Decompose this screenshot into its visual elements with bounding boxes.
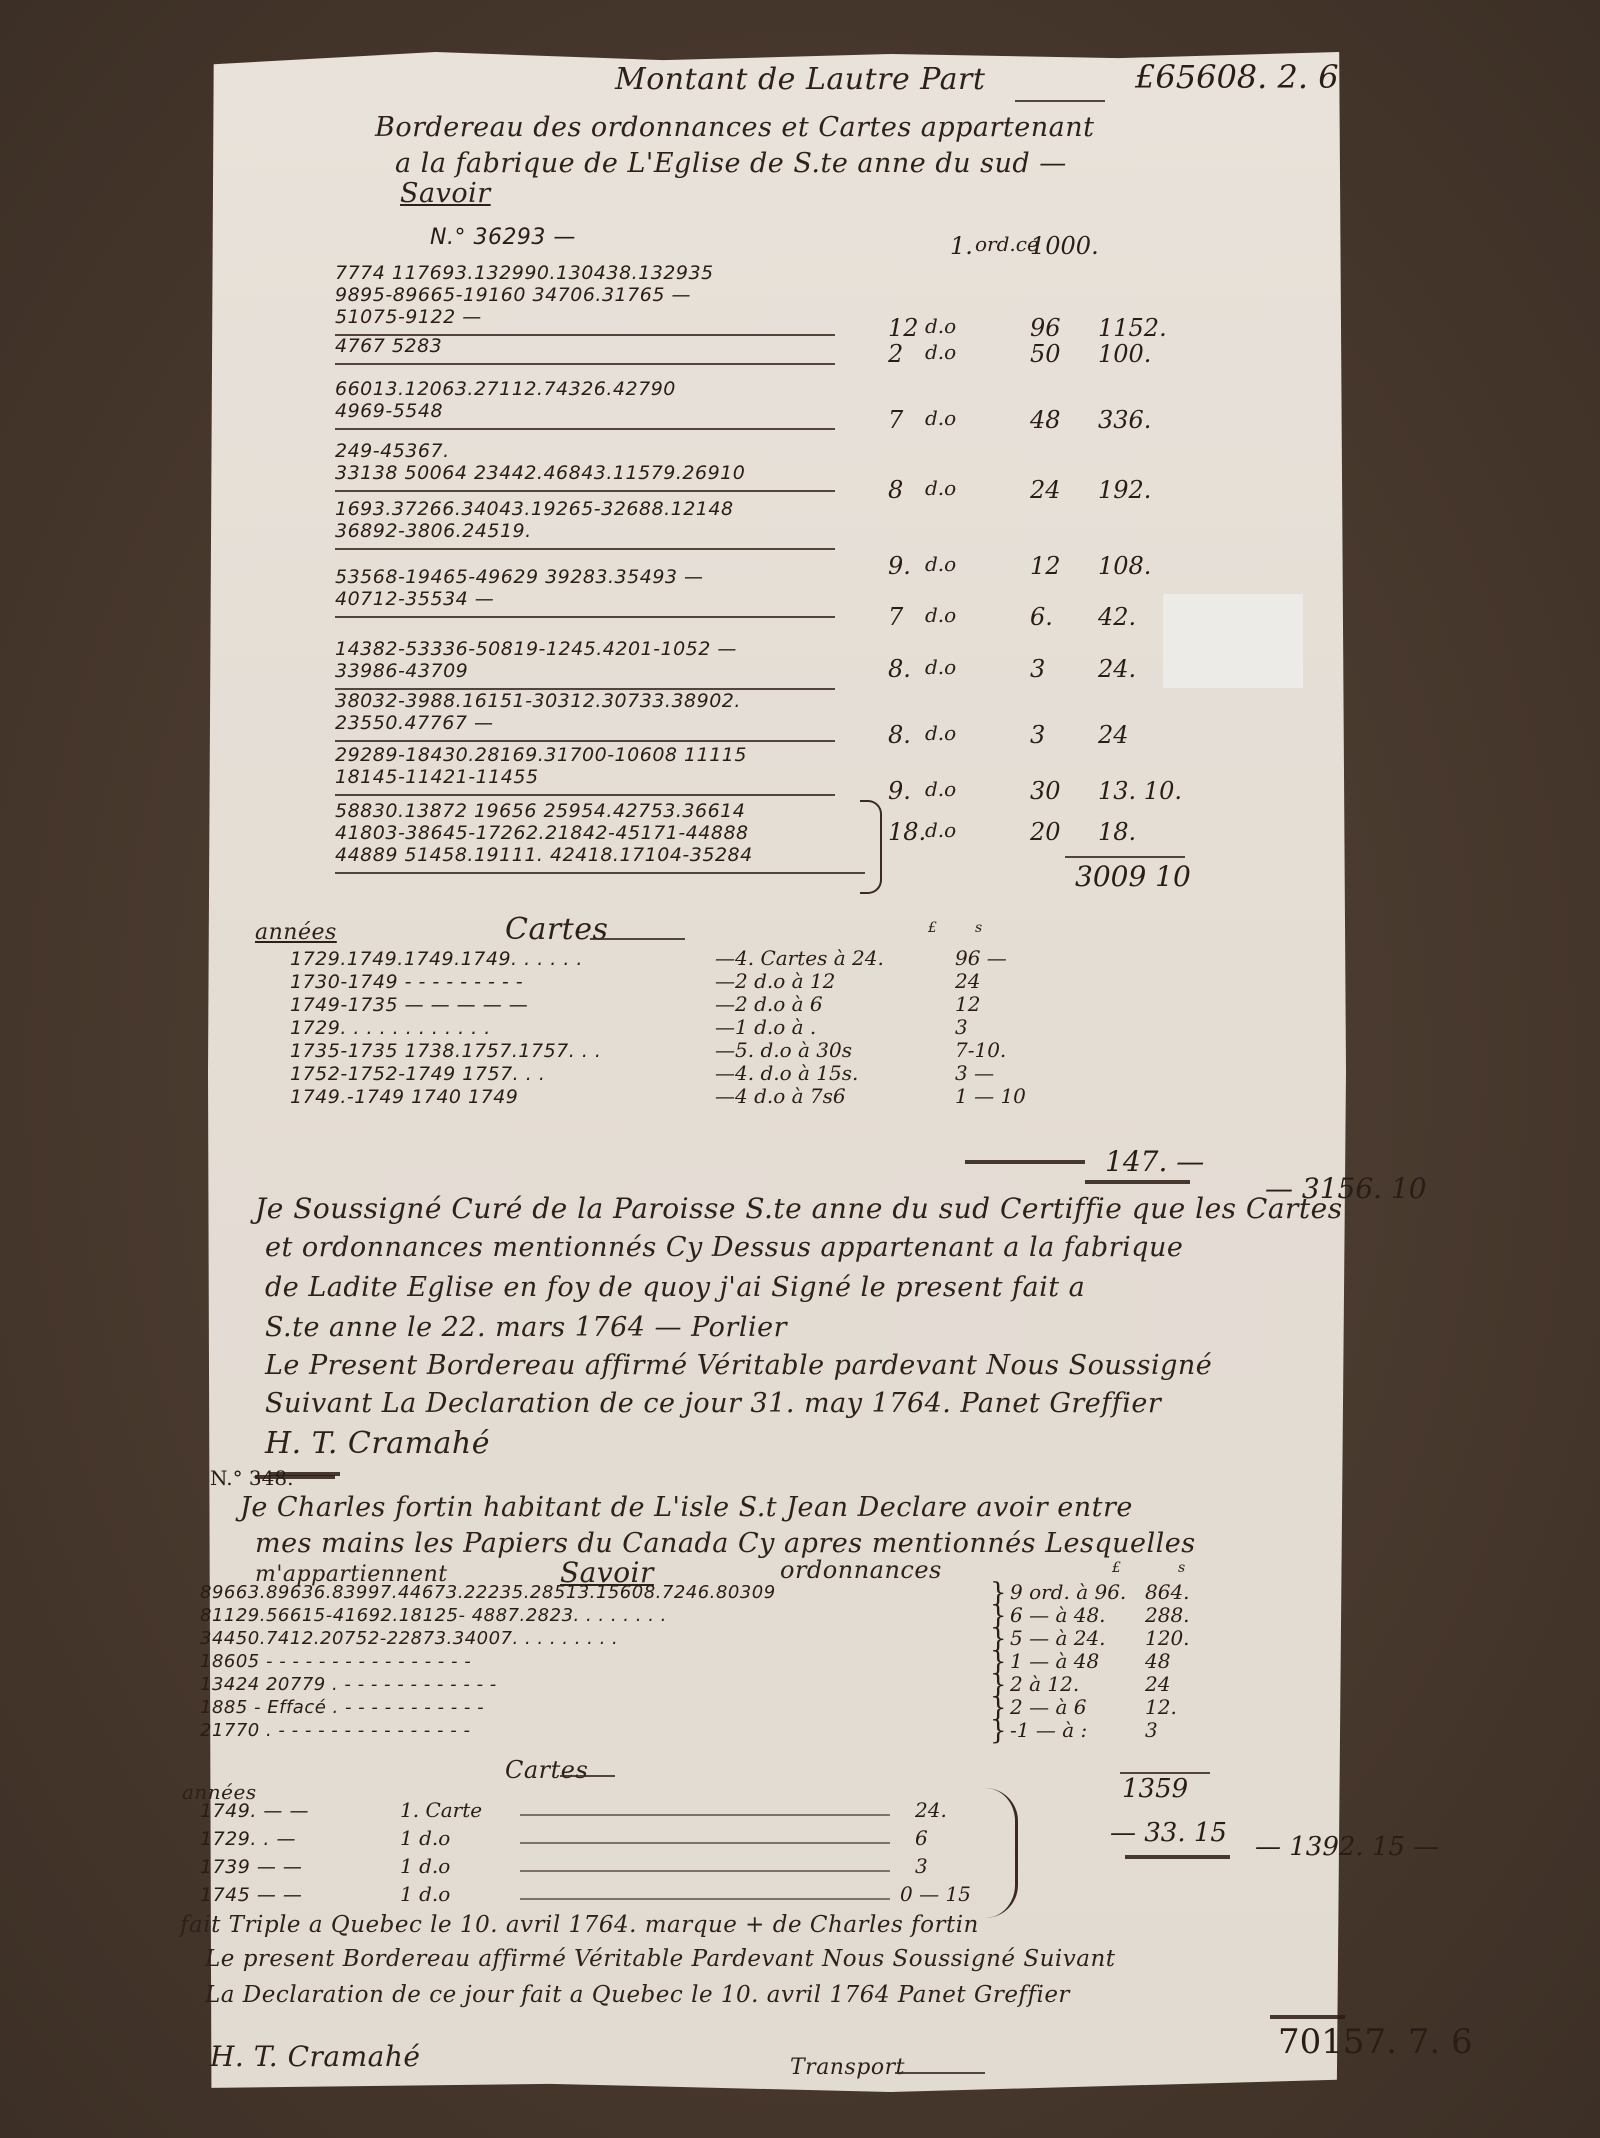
ordonnance-2-total: 864. — [1145, 1580, 1190, 1604]
affirmation-line: H. T. Cramahé — [265, 1426, 490, 1461]
rule — [255, 1475, 335, 1479]
ordonnance-2-numbers: 18605 - - - - - - - - - - - - - - - - — [200, 1651, 471, 1672]
ordonnance-numbers: 40712-35534 — — [335, 588, 494, 610]
ordonnance-2-numbers: 81129.56615-41692.18125- 4887.2823. . . … — [200, 1605, 667, 1626]
col-mark-sols: s — [975, 920, 982, 936]
ordonnance-2-entry: -1 — à : — [1010, 1718, 1087, 1742]
rule — [895, 2072, 985, 2074]
cartes-subtotal: 147. — — [1105, 1145, 1204, 1178]
entry-total: 100. — [1098, 340, 1151, 368]
bracket — [860, 800, 882, 894]
ordonnance-numbers: 7774 117693.132990.130438.132935 — [335, 262, 714, 284]
carte-years: 1730-1749 - - - - - - - - - — [290, 971, 523, 993]
ordonnance-2-numbers: 1885 - Effacé . - - - - - - - - - - - — [200, 1697, 484, 1718]
certification-line: S.te anne le 22. mars 1764 — Porlier — [265, 1312, 787, 1343]
ordonnance-numbers: 41803-38645-17262.21842-45171-44888 — [335, 822, 749, 844]
ordonnance-numbers: N.° 36293 — — [430, 225, 576, 250]
entry-total: 336. — [1098, 406, 1151, 434]
entry-rate: 96 — [1030, 314, 1061, 342]
row-rule — [335, 490, 835, 492]
row-rule — [520, 1842, 890, 1844]
rule — [1270, 2015, 1345, 2019]
carte-2-entry: 1 d.o — [400, 1882, 450, 1906]
carte-years: 1749-1735 — — — — — — [290, 994, 528, 1016]
row-rule — [520, 1898, 890, 1900]
carte-total: 7-10. — [955, 1038, 1006, 1062]
entry-rate: 12 — [1030, 552, 1061, 580]
col-mark-livres: £ — [928, 920, 937, 936]
ordonnance-numbers: 1693.37266.34043.19265-32688.12148 — [335, 498, 734, 520]
ordonnance-numbers: 29289-18430.28169.31700-10608 11115 — [335, 744, 747, 766]
entry-quantity: 18. — [888, 818, 926, 846]
cartes-2-title: Cartes — [505, 1756, 588, 1784]
carte-years: 1729. . . . . . . . . . . . — [290, 1017, 491, 1039]
ordonnance-numbers: 4767 5283 — [335, 335, 442, 357]
ordonnance-numbers: 53568-19465-49629 39283.35493 — — [335, 566, 704, 588]
ordonnance-numbers: 36892-3806.24519. — [335, 520, 532, 542]
ordonnance-2-entry: 2 à 12. — [1010, 1672, 1079, 1696]
entry-quantity: 1. — [950, 232, 973, 260]
entry-rate: 20 — [1030, 818, 1061, 846]
ordonnance-2-numbers: 34450.7412.20752-22873.34007. . . . . . … — [200, 1628, 618, 1649]
entry-rate: 1000. — [1030, 232, 1099, 260]
row-rule — [335, 363, 835, 365]
entry-unit: d.o — [925, 552, 956, 576]
ordonnance-2-total: 12. — [1145, 1695, 1177, 1719]
entry-total: 1152. — [1098, 314, 1167, 342]
rule — [1125, 1855, 1230, 1859]
carte-total: 24 — [955, 969, 980, 993]
ordonnance-numbers: 33138 50064 23442.46843.11579.26910 — [335, 462, 745, 484]
entry-rate: 3 — [1030, 655, 1045, 683]
entry-total: 42. — [1098, 603, 1136, 631]
affirmation-line: Le Present Bordereau affirmé Véritable p… — [265, 1350, 1212, 1381]
entry-unit: d.o — [925, 476, 956, 500]
entry-unit: d.o — [925, 314, 956, 338]
carte-years: 1729.1749.1749.1749. . . . . . — [290, 948, 583, 970]
ordonnance-numbers: 23550.47767 — — [335, 712, 493, 734]
entry-total: 192. — [1098, 476, 1151, 504]
ordonnance-2-total: 24 — [1145, 1672, 1170, 1696]
ordonnance-numbers: 38032-3988.16151-30312.30733.38902. — [335, 690, 741, 712]
ordonnance-2-total: 120. — [1145, 1626, 1190, 1650]
ordonnance-numbers: 249-45367. — [335, 440, 450, 462]
entry-quantity: 7 — [888, 406, 903, 434]
ordonnance-2-total: 3 — [1145, 1718, 1158, 1742]
ordonnance-numbers: 9895-89665-19160 34706.31765 — — [335, 284, 691, 306]
carte-entry: —5. d.o à 30s — [715, 1038, 852, 1062]
subtotal-rule — [965, 1160, 1085, 1164]
carte-entry: —2 d.o à 6 — [715, 992, 823, 1016]
carte-entry: —4. Cartes à 24. — [715, 946, 884, 970]
carte-entry: —4. d.o à 15s. — [715, 1061, 858, 1085]
entry-rate: 3 — [1030, 721, 1045, 749]
carte-2-year: 1749. — — — [200, 1800, 309, 1822]
col-mark-sols: s — [1178, 1560, 1185, 1576]
ordonnance-2-total: 288. — [1145, 1603, 1190, 1627]
carte-2-entry: 1 d.o — [400, 1826, 450, 1850]
declaration-line-2: mes mains les Papiers du Canada Cy apres… — [255, 1528, 1196, 1559]
ordonnances-label: ordonnances — [780, 1556, 942, 1584]
certification-line: de Ladite Eglise en foy de quoy j'ai Sig… — [265, 1272, 1085, 1303]
entry-quantity: 8. — [888, 721, 911, 749]
affirmation-line: Suivant La Declaration de ce jour 31. ma… — [265, 1388, 1161, 1419]
carte-entry: —1 d.o à . — [715, 1015, 816, 1039]
closing-line: fait Triple a Quebec le 10. avril 1764. … — [180, 1912, 979, 1938]
bracket — [985, 1788, 1018, 1918]
entry-total: 108. — [1098, 552, 1151, 580]
entry-rate: 24 — [1030, 476, 1061, 504]
declaration-line-1: Je Charles fortin habitant de L'isle S.t… — [240, 1492, 1133, 1523]
ordonnance-numbers: 66013.12063.27112.74326.42790 — [335, 378, 676, 400]
carte-total: 12 — [955, 992, 980, 1016]
carte-total: 3 — [955, 1015, 968, 1039]
transport-label: Transport — [790, 2055, 905, 2080]
ordonnance-2-entry: 1 — à 48 — [1010, 1649, 1099, 1673]
carte-entry: —4 d.o à 7s6 — [715, 1084, 846, 1108]
carte-years: 1749.-1749 1740 1749 — [290, 1086, 518, 1108]
row-rule — [335, 548, 835, 550]
carte-2-total: 0 — 15 — [900, 1882, 971, 1906]
entry-unit: d.o — [925, 777, 956, 801]
ordonnance-2-numbers: 21770 . - - - - - - - - - - - - - - - — [200, 1720, 470, 1741]
carte-total: 1 — 10 — [955, 1084, 1026, 1108]
entry-total: 18. — [1098, 818, 1136, 846]
subtotal-rule — [1065, 856, 1185, 858]
ordonnance-numbers: 58830.13872 19656 25954.42753.36614 — [335, 800, 745, 822]
ordonnance-numbers: 14382-53336-50819-1245.4201-1052 — — [335, 638, 737, 660]
ordonnance-2-entry: 2 — à 6 — [1010, 1695, 1086, 1719]
ordonnance-numbers: 18145-11421-11455 — [335, 766, 539, 788]
ordonnance-numbers: 44889 51458.19111. 42418.17104-35284 — [335, 844, 753, 866]
carte-total: 3 — — [955, 1061, 994, 1085]
row-rule — [520, 1870, 890, 1872]
row-rule — [335, 794, 835, 796]
closing-signature: H. T. Cramahé — [210, 2040, 420, 2073]
entry-unit: d.o — [925, 603, 956, 627]
ordonnance-numbers: 4969-5548 — [335, 400, 443, 422]
carte-2-total: 24. — [915, 1798, 947, 1822]
ordonnance-2-numbers: 89663.89636.83997.44673.22235.28513.1560… — [200, 1582, 776, 1603]
carried-amount: £65608. 2. 6 — [1135, 58, 1339, 96]
entry-quantity: 7 — [888, 603, 903, 631]
entry-rate: 48 — [1030, 406, 1061, 434]
entry-unit: d.o — [925, 340, 956, 364]
ordonnance-2-entry: 9 ord. à 96. — [1010, 1580, 1126, 1604]
entry-total: 24 — [1098, 721, 1129, 749]
entry-quantity: 9. — [888, 552, 911, 580]
entry-quantity: 8. — [888, 655, 911, 683]
entry-quantity: 2 — [888, 340, 903, 368]
certification-line: et ordonnances mentionnés Cy Dessus appa… — [265, 1232, 1183, 1263]
rule — [1085, 1180, 1190, 1184]
entry-total: 13. 10. — [1098, 777, 1182, 805]
carte-2-entry: 1 d.o — [400, 1854, 450, 1878]
carte-entry: —2 d.o à 12 — [715, 969, 835, 993]
row-rule — [335, 872, 865, 874]
rule — [560, 1775, 615, 1777]
carte-2-total: 6 — [915, 1826, 928, 1850]
heading-savoir: Savoir — [400, 178, 491, 209]
entry-rate: 30 — [1030, 777, 1061, 805]
carte-2-year: 1745 — — — [200, 1884, 302, 1906]
carte-total: 96 — — [955, 946, 1007, 970]
paper-repair-patch — [1163, 594, 1303, 688]
certification-line: Je Soussigné Curé de la Paroisse S.te an… — [255, 1192, 1343, 1225]
cartes-title: Cartes — [505, 912, 608, 947]
entry-quantity: 12 — [888, 314, 919, 342]
rule — [1015, 100, 1105, 102]
row-rule — [520, 1814, 890, 1816]
carte-years: 1735-1735 1738.1757.1757. . . — [290, 1040, 601, 1062]
carte-2-year: 1729. . — — [200, 1828, 296, 1850]
entry-rate: 50 — [1030, 340, 1061, 368]
cartes-2-subtotal: — 33. 15 — [1110, 1818, 1227, 1848]
carte-2-year: 1739 — — — [200, 1856, 302, 1878]
heading-line-1: Bordereau des ordonnances et Cartes appa… — [375, 112, 1095, 143]
page-title: Montant de Lautre Part — [615, 62, 985, 97]
entry-total: 24. — [1098, 655, 1136, 683]
entry-quantity: 9. — [888, 777, 911, 805]
ordonnance-2-entry: 6 — à 48. — [1010, 1603, 1106, 1627]
row-rule — [335, 428, 835, 430]
ordonnance-2-entry: 5 — à 24. — [1010, 1626, 1106, 1650]
row-rule — [335, 616, 835, 618]
ordonnance-numbers: 51075-9122 — — [335, 306, 482, 328]
ordonnances-subtotal: 3009 10 — [1075, 860, 1191, 893]
entry-quantity: 8 — [888, 476, 903, 504]
rule — [590, 938, 685, 940]
closing-line: Le present Bordereau affirmé Véritable P… — [205, 1946, 1116, 1972]
brace-icon: } — [990, 1716, 1007, 1746]
grand-total: — 1392. 15 — — [1255, 1832, 1439, 1862]
carte-2-total: 3 — [915, 1854, 928, 1878]
carte-years: 1752-1752-1749 1757. . . — [290, 1063, 545, 1085]
row-rule — [335, 740, 835, 742]
ordonnance-2-numbers: 13424 20779 . - - - - - - - - - - - - — [200, 1674, 497, 1695]
entry-unit: d.o — [925, 721, 956, 745]
entry-unit: d.o — [925, 406, 956, 430]
ordonnance-2-total: 48 — [1145, 1649, 1170, 1673]
entry-unit: d.o — [925, 818, 956, 842]
transport-amount: 70157. 7. 6 — [1278, 2022, 1473, 2062]
entry-unit: d.o — [925, 655, 956, 679]
years-label: années — [255, 920, 337, 945]
carte-2-entry: 1. Carte — [400, 1798, 482, 1822]
entry-rate: 6. — [1030, 603, 1053, 631]
closing-line: La Declaration de ce jour fait a Quebec … — [205, 1982, 1070, 2008]
heading-line-2: a la fabrique de L'Eglise de S.te anne d… — [395, 148, 1067, 179]
col-mark-livres: £ — [1112, 1560, 1121, 1576]
ordonnance-numbers: 33986-43709 — [335, 660, 468, 682]
ordonnances-2-subtotal: 1359 — [1122, 1774, 1188, 1804]
